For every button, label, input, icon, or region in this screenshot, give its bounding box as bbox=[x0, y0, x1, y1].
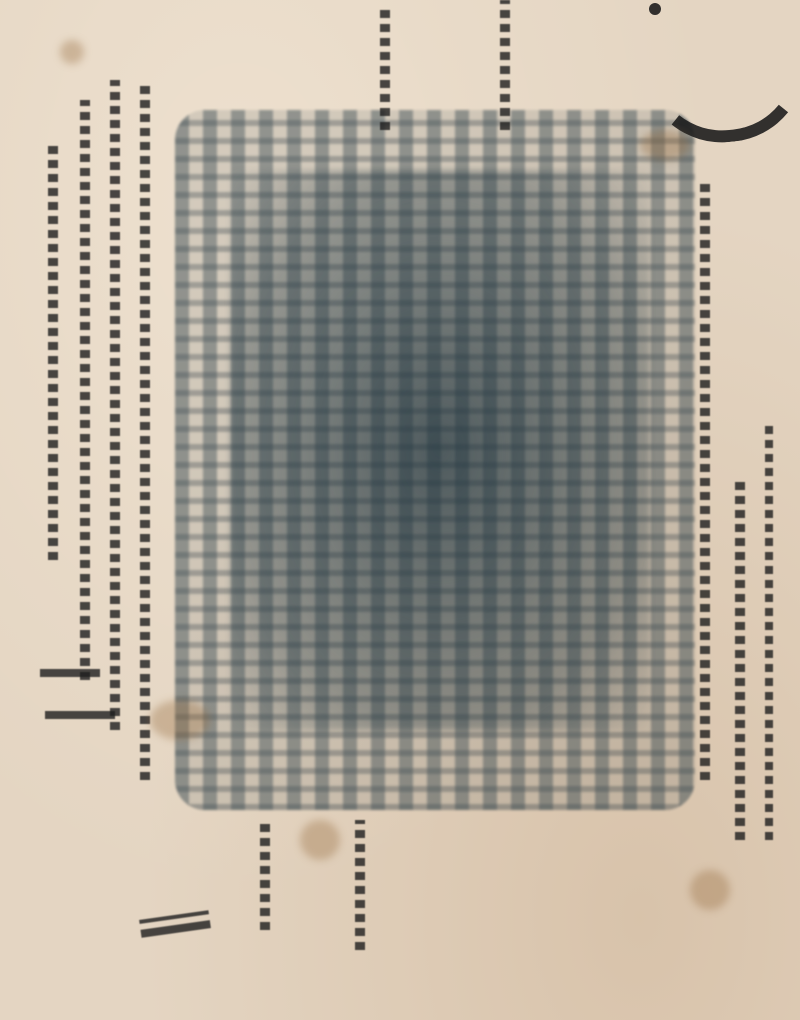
script-column bbox=[80, 100, 90, 680]
script-column bbox=[765, 420, 773, 840]
script-column bbox=[260, 820, 270, 930]
script-column bbox=[500, 0, 510, 130]
paper-stain bbox=[300, 820, 340, 860]
ink-dot bbox=[649, 3, 661, 15]
script-fragment bbox=[45, 705, 115, 719]
script-fragment bbox=[40, 665, 100, 677]
script-column bbox=[355, 820, 365, 950]
paper-stain bbox=[60, 40, 84, 64]
script-column bbox=[380, 10, 390, 130]
script-column bbox=[140, 80, 150, 780]
script-column bbox=[48, 140, 58, 560]
script-column bbox=[735, 480, 745, 840]
ink-core-mass bbox=[230, 170, 650, 730]
script-fragment bbox=[139, 910, 211, 938]
paper-stain bbox=[690, 870, 730, 910]
artwork-canvas: Calligraphic ink artwork on aged paper: … bbox=[0, 0, 800, 1020]
script-column bbox=[700, 180, 710, 780]
script-column bbox=[110, 80, 120, 730]
paper-stain bbox=[150, 700, 210, 740]
paper-stain bbox=[640, 130, 690, 160]
